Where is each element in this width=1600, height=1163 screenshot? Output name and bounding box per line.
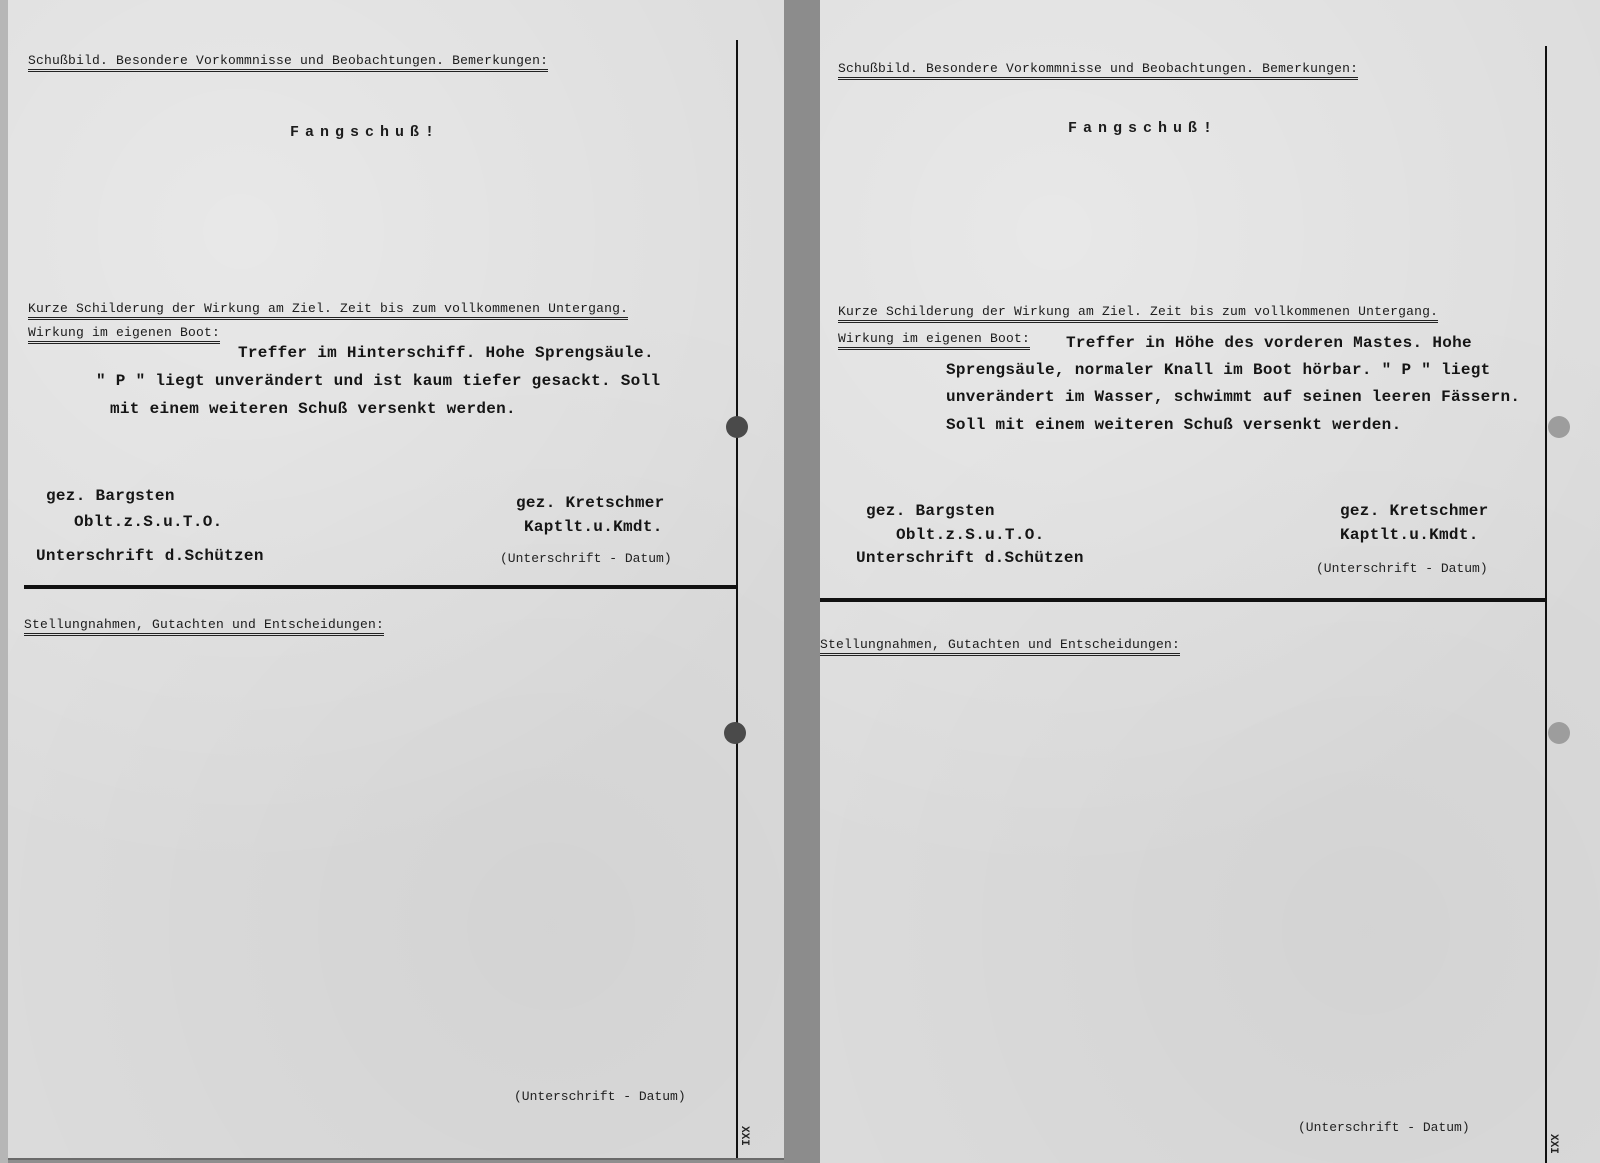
commander-caption: (Unterschrift - Datum) bbox=[500, 551, 672, 566]
header-effect-target: Kurze Schilderung der Wirkung am Ziel. Z… bbox=[28, 301, 628, 320]
section-divider bbox=[24, 585, 738, 589]
margin-mark: XXI bbox=[1547, 1134, 1559, 1154]
report-title: Fangschuß! bbox=[290, 124, 440, 141]
footer-caption: (Unterschrift - Datum) bbox=[1298, 1120, 1470, 1135]
page-gutter bbox=[784, 0, 820, 1163]
report-line: Soll mit einem weiteren Schuß versenkt w… bbox=[946, 416, 1401, 434]
gunner-caption: Unterschrift d.Schützen bbox=[36, 547, 264, 565]
report-line: mit einem weiteren Schuß versenkt werden… bbox=[110, 400, 516, 418]
commander-signature: gez. Kretschmer bbox=[516, 494, 665, 512]
gunner-signature: gez. Bargsten bbox=[46, 487, 175, 505]
gunner-signature: gez. Bargsten bbox=[866, 502, 995, 520]
report-line: unverändert im Wasser, schwimmt auf sein… bbox=[946, 388, 1520, 406]
commander-rank: Kaptlt.u.Kmdt. bbox=[1340, 526, 1479, 544]
header-decisions: Stellungnahmen, Gutachten und Entscheidu… bbox=[24, 617, 384, 636]
footer-caption: (Unterschrift - Datum) bbox=[514, 1089, 686, 1104]
punch-hole bbox=[726, 416, 748, 438]
scan-edge bbox=[0, 0, 8, 1163]
commander-caption: (Unterschrift - Datum) bbox=[1316, 561, 1488, 576]
header-remarks: Schußbild. Besondere Vorkommnisse und Be… bbox=[28, 53, 548, 72]
margin-rule bbox=[1545, 46, 1547, 1163]
header-effect-target: Kurze Schilderung der Wirkung am Ziel. Z… bbox=[838, 304, 1438, 323]
section-divider bbox=[820, 598, 1547, 602]
report-title: Fangschuß! bbox=[1068, 120, 1218, 137]
margin-mark: XXI bbox=[738, 1126, 750, 1146]
commander-rank: Kaptlt.u.Kmdt. bbox=[524, 518, 663, 536]
header-effect-own-boat: Wirkung im eigenen Boot: bbox=[838, 331, 1030, 350]
margin-rule bbox=[736, 40, 738, 1158]
gunner-rank: Oblt.z.S.u.T.O. bbox=[74, 513, 223, 531]
punch-hole bbox=[724, 722, 746, 744]
punch-hole bbox=[1548, 722, 1570, 744]
report-line: " P " liegt unverändert und ist kaum tie… bbox=[96, 372, 660, 390]
report-line: Treffer im Hinterschiff. Hohe Sprengsäul… bbox=[238, 344, 654, 362]
commander-signature: gez. Kretschmer bbox=[1340, 502, 1489, 520]
header-decisions: Stellungnahmen, Gutachten und Entscheidu… bbox=[820, 637, 1180, 656]
report-line: Treffer in Höhe des vorderen Mastes. Hoh… bbox=[1066, 334, 1472, 352]
gunner-caption: Unterschrift d.Schützen bbox=[856, 549, 1084, 567]
gunner-rank: Oblt.z.S.u.T.O. bbox=[896, 526, 1045, 544]
punch-hole bbox=[1548, 416, 1570, 438]
document-page-right: Schußbild. Besondere Vorkommnisse und Be… bbox=[820, 0, 1600, 1163]
header-remarks: Schußbild. Besondere Vorkommnisse und Be… bbox=[838, 61, 1358, 80]
report-line: Sprengsäule, normaler Knall im Boot hörb… bbox=[946, 361, 1491, 379]
document-page-left: Schußbild. Besondere Vorkommnisse und Be… bbox=[8, 0, 784, 1160]
header-effect-own-boat: Wirkung im eigenen Boot: bbox=[28, 325, 220, 344]
